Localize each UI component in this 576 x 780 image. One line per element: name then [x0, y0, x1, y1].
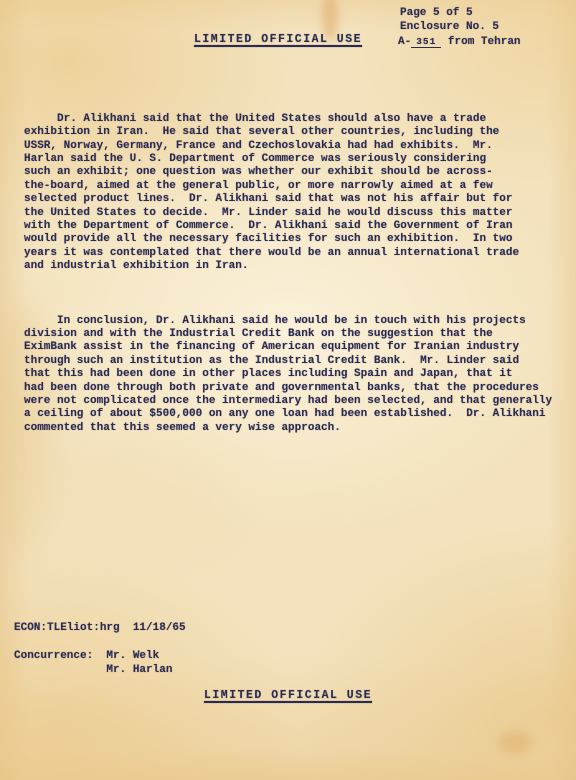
paragraph-conclusion: In conclusion, Dr. Alikhani said he woul…	[24, 315, 566, 436]
scanned-document-page: { "header": { "page_lines": ["Page 5 of …	[0, 0, 576, 780]
page-enclosure-block: Page 5 of 5 Enclosure No. 5	[400, 6, 499, 34]
paragraph-trade-exhibition: Dr. Alikhani said that the United States…	[24, 113, 566, 274]
paper-stain	[498, 732, 532, 754]
classification-footer: LIMITED OFFICIAL USE	[0, 689, 576, 702]
classification-header: LIMITED OFFICIAL USE	[0, 33, 556, 46]
concurrence-block: Concurrence: Mr. Welk Mr. Harlan	[14, 650, 172, 677]
document-body: Dr. Alikhani said that the United States…	[24, 86, 566, 449]
drafter-line: ECON:TLEliot:hrg 11/18/65	[14, 622, 186, 634]
